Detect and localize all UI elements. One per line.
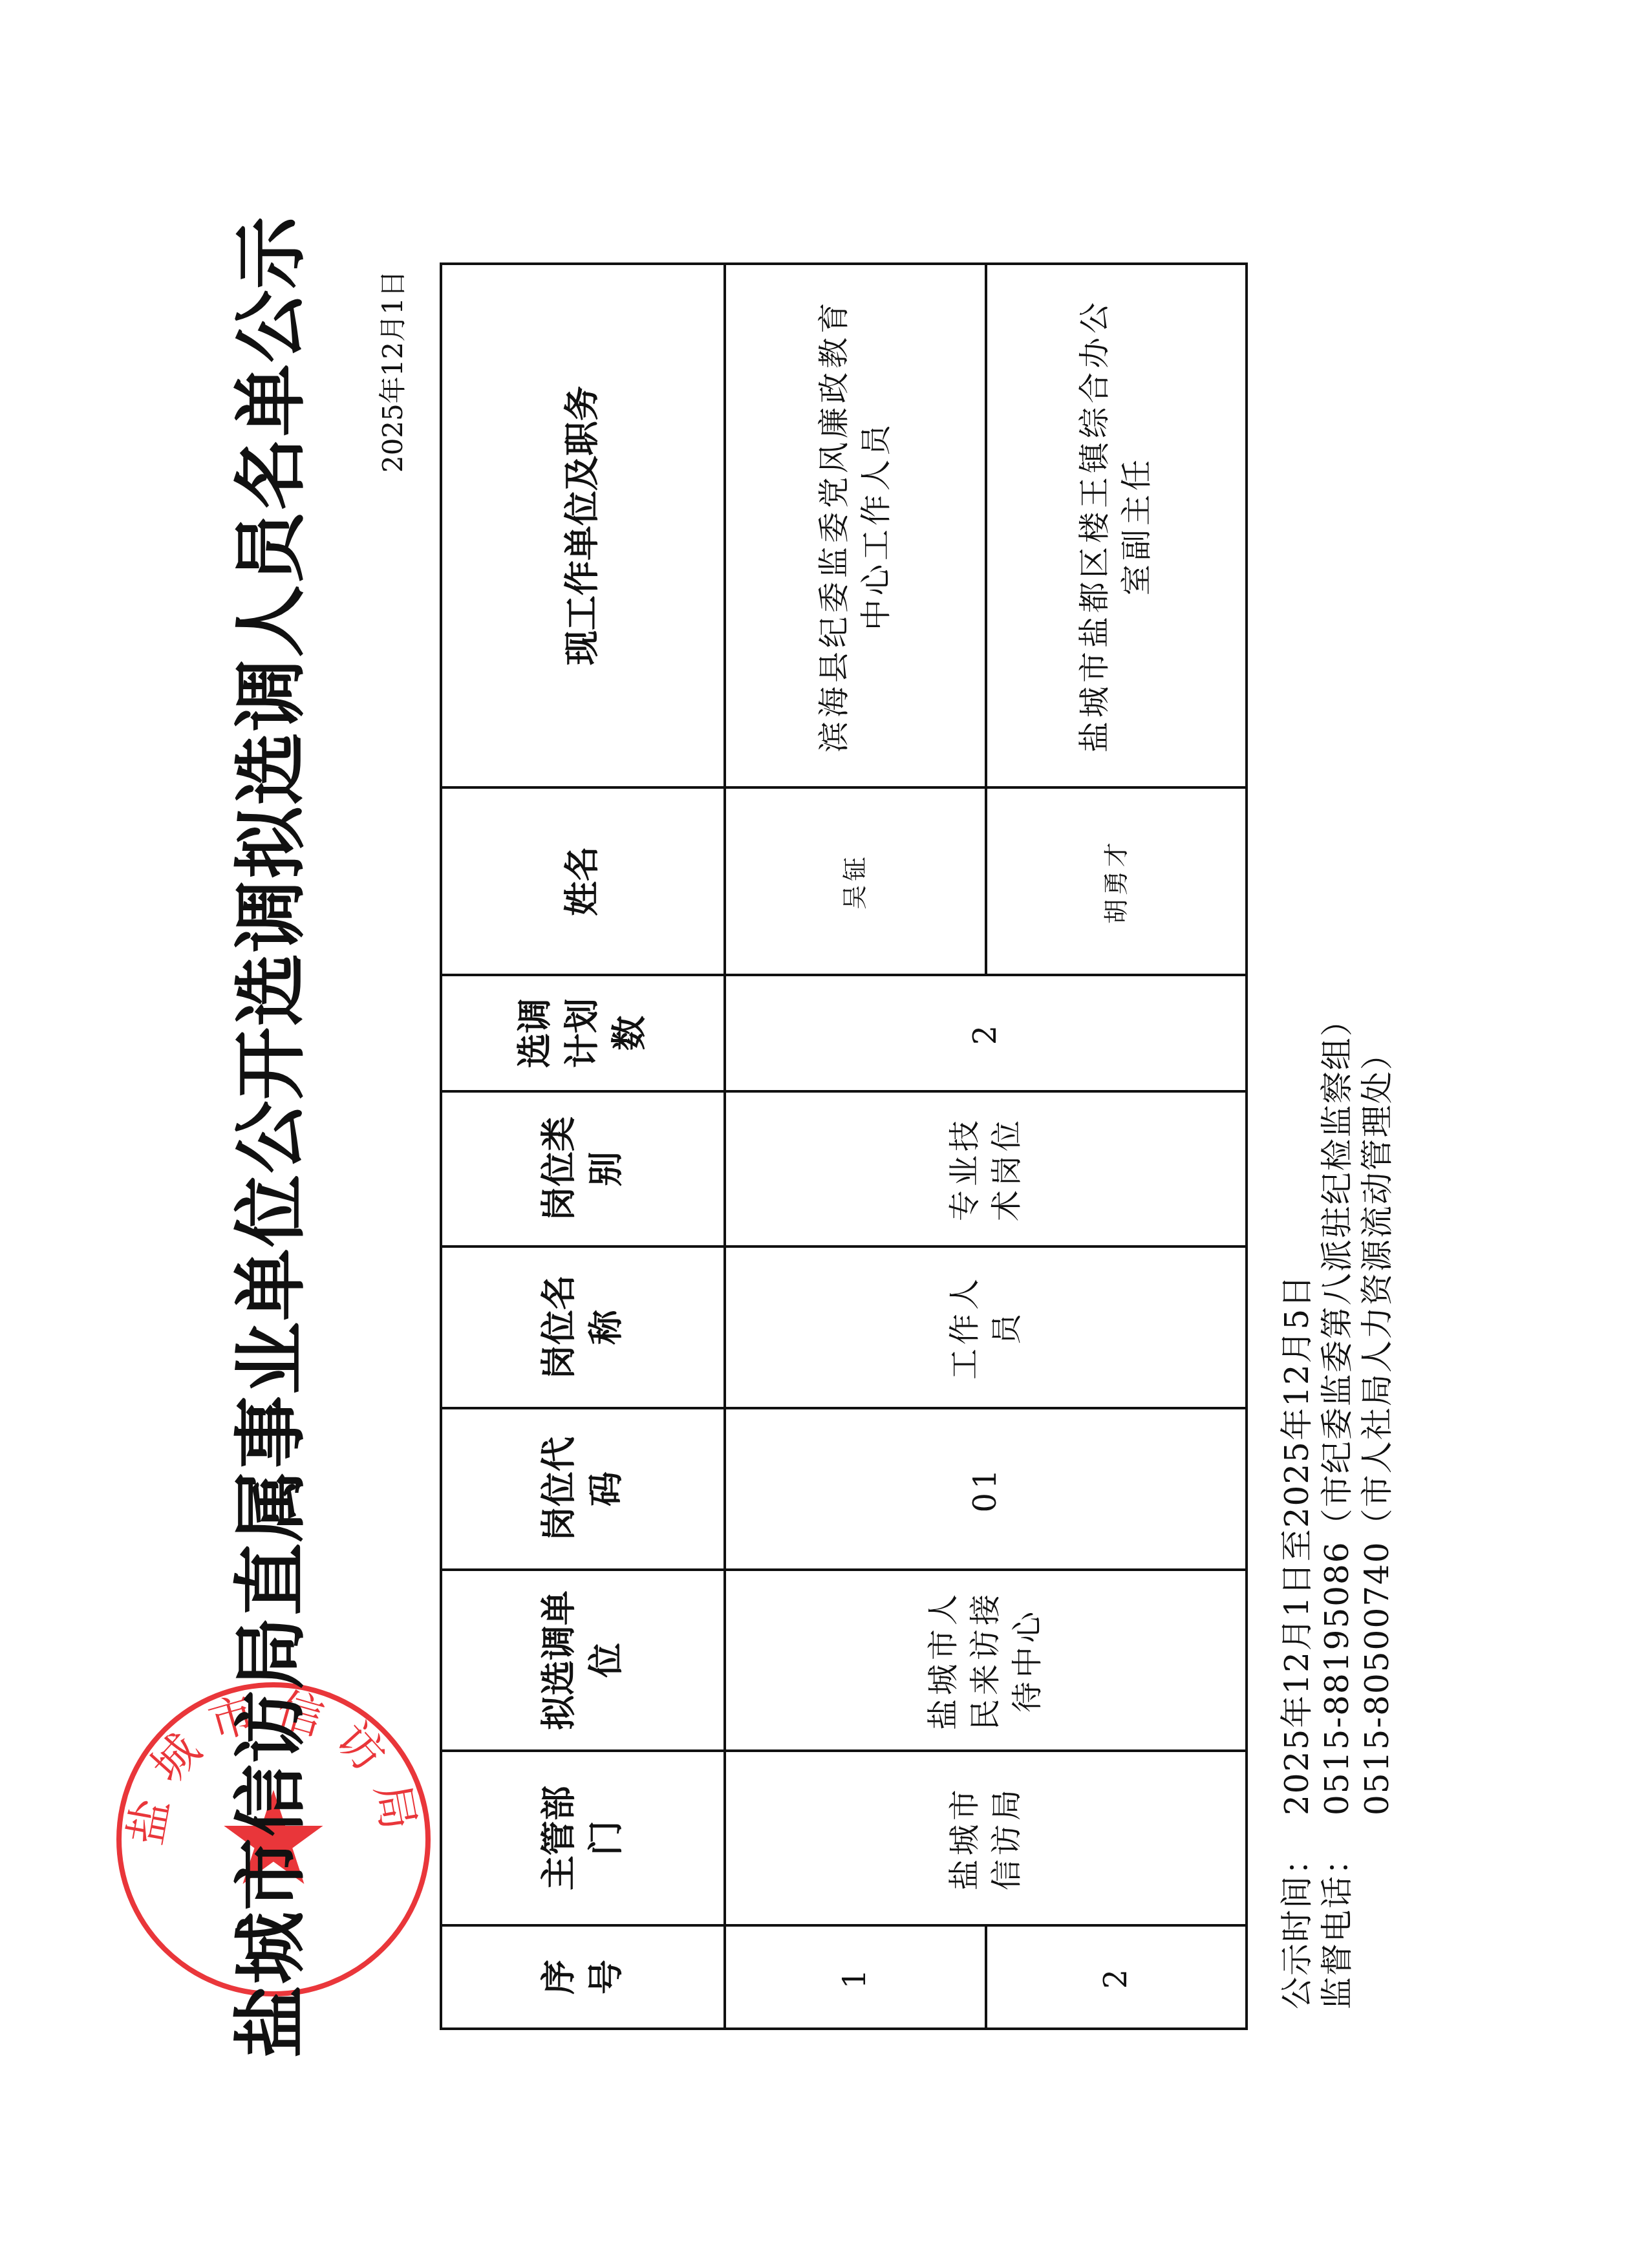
cell-position-type: 专业技术岗位 <box>725 1091 1247 1246</box>
page-title: 盐城市信访局直属事业单位公开选调拟选调人员名单公示 <box>213 199 317 2074</box>
document-page: 盐城市信访局 ★ 盐城市信访局直属事业单位公开选调拟选调人员名单公示 2025年… <box>0 0 1650 2268</box>
header-position-code: 岗位代码 <box>441 1408 725 1570</box>
phone-line-2: 0515-80500740（市人社局人力资源流动管理处） <box>1357 264 1397 2009</box>
table-row: 1 盐城市信访局 盐城市人民来访接待中心 01 工作人员 专业技术岗位 2 吴钲… <box>725 264 986 2029</box>
phone-1: 0515-88195086（市纪委监委第八派驻纪检监察组） <box>1317 1003 1357 1815</box>
cell-unit: 盐城市人民来访接待中心 <box>725 1570 1247 1751</box>
cell-no: 1 <box>725 1925 986 2029</box>
phone-line-1: 监督电话： 0515-88195086（市纪委监委第八派驻纪检监察组） <box>1317 264 1357 2009</box>
header-position-type: 岗位类别 <box>441 1091 725 1246</box>
period-line: 公示时间： 2025年12月1日至2025年12月5日 <box>1277 264 1317 2009</box>
cell-department: 盐城市信访局 <box>725 1751 1247 1925</box>
header-plan-count: 选调计划数 <box>441 975 725 1091</box>
cell-position-code: 01 <box>725 1408 1247 1570</box>
header-no: 序号 <box>441 1925 725 2029</box>
cell-plan-count: 2 <box>725 975 1247 1091</box>
cell-current-job: 盐城市盐都区楼王镇综合办公室副主任 <box>986 264 1247 787</box>
cell-no: 2 <box>986 1925 1247 2029</box>
header-name: 姓名 <box>441 787 725 975</box>
header-department: 主管部门 <box>441 1751 725 1925</box>
period-value: 2025年12月1日至2025年12月5日 <box>1277 1274 1317 1815</box>
table-header-row: 序号 主管部门 拟选调单位 岗位代码 岗位名称 岗位类别 选调计划数 姓名 现工… <box>441 264 725 2029</box>
footer-notes: 公示时间： 2025年12月1日至2025年12月5日 监督电话： 0515-8… <box>1277 264 1397 2009</box>
publish-date: 2025年12月1日 <box>372 270 411 568</box>
header-current-job: 现工作单位及职务 <box>441 264 725 787</box>
candidate-table: 序号 主管部门 拟选调单位 岗位代码 岗位名称 岗位类别 选调计划数 姓名 现工… <box>440 262 1248 2030</box>
cell-position-name: 工作人员 <box>725 1246 1247 1408</box>
header-position-name: 岗位名称 <box>441 1246 725 1408</box>
cell-name: 胡勇才 <box>986 787 1247 975</box>
phone-2: 0515-80500740（市人社局人力资源流动管理处） <box>1357 1036 1397 1815</box>
header-unit: 拟选调单位 <box>441 1570 725 1751</box>
period-label: 公示时间： <box>1277 1815 1317 2009</box>
phone-label: 监督电话： <box>1317 1815 1357 2009</box>
cell-name: 吴钲 <box>725 787 986 975</box>
cell-current-job: 滨海县纪委监委党风廉政教育中心工作人员 <box>725 264 986 787</box>
